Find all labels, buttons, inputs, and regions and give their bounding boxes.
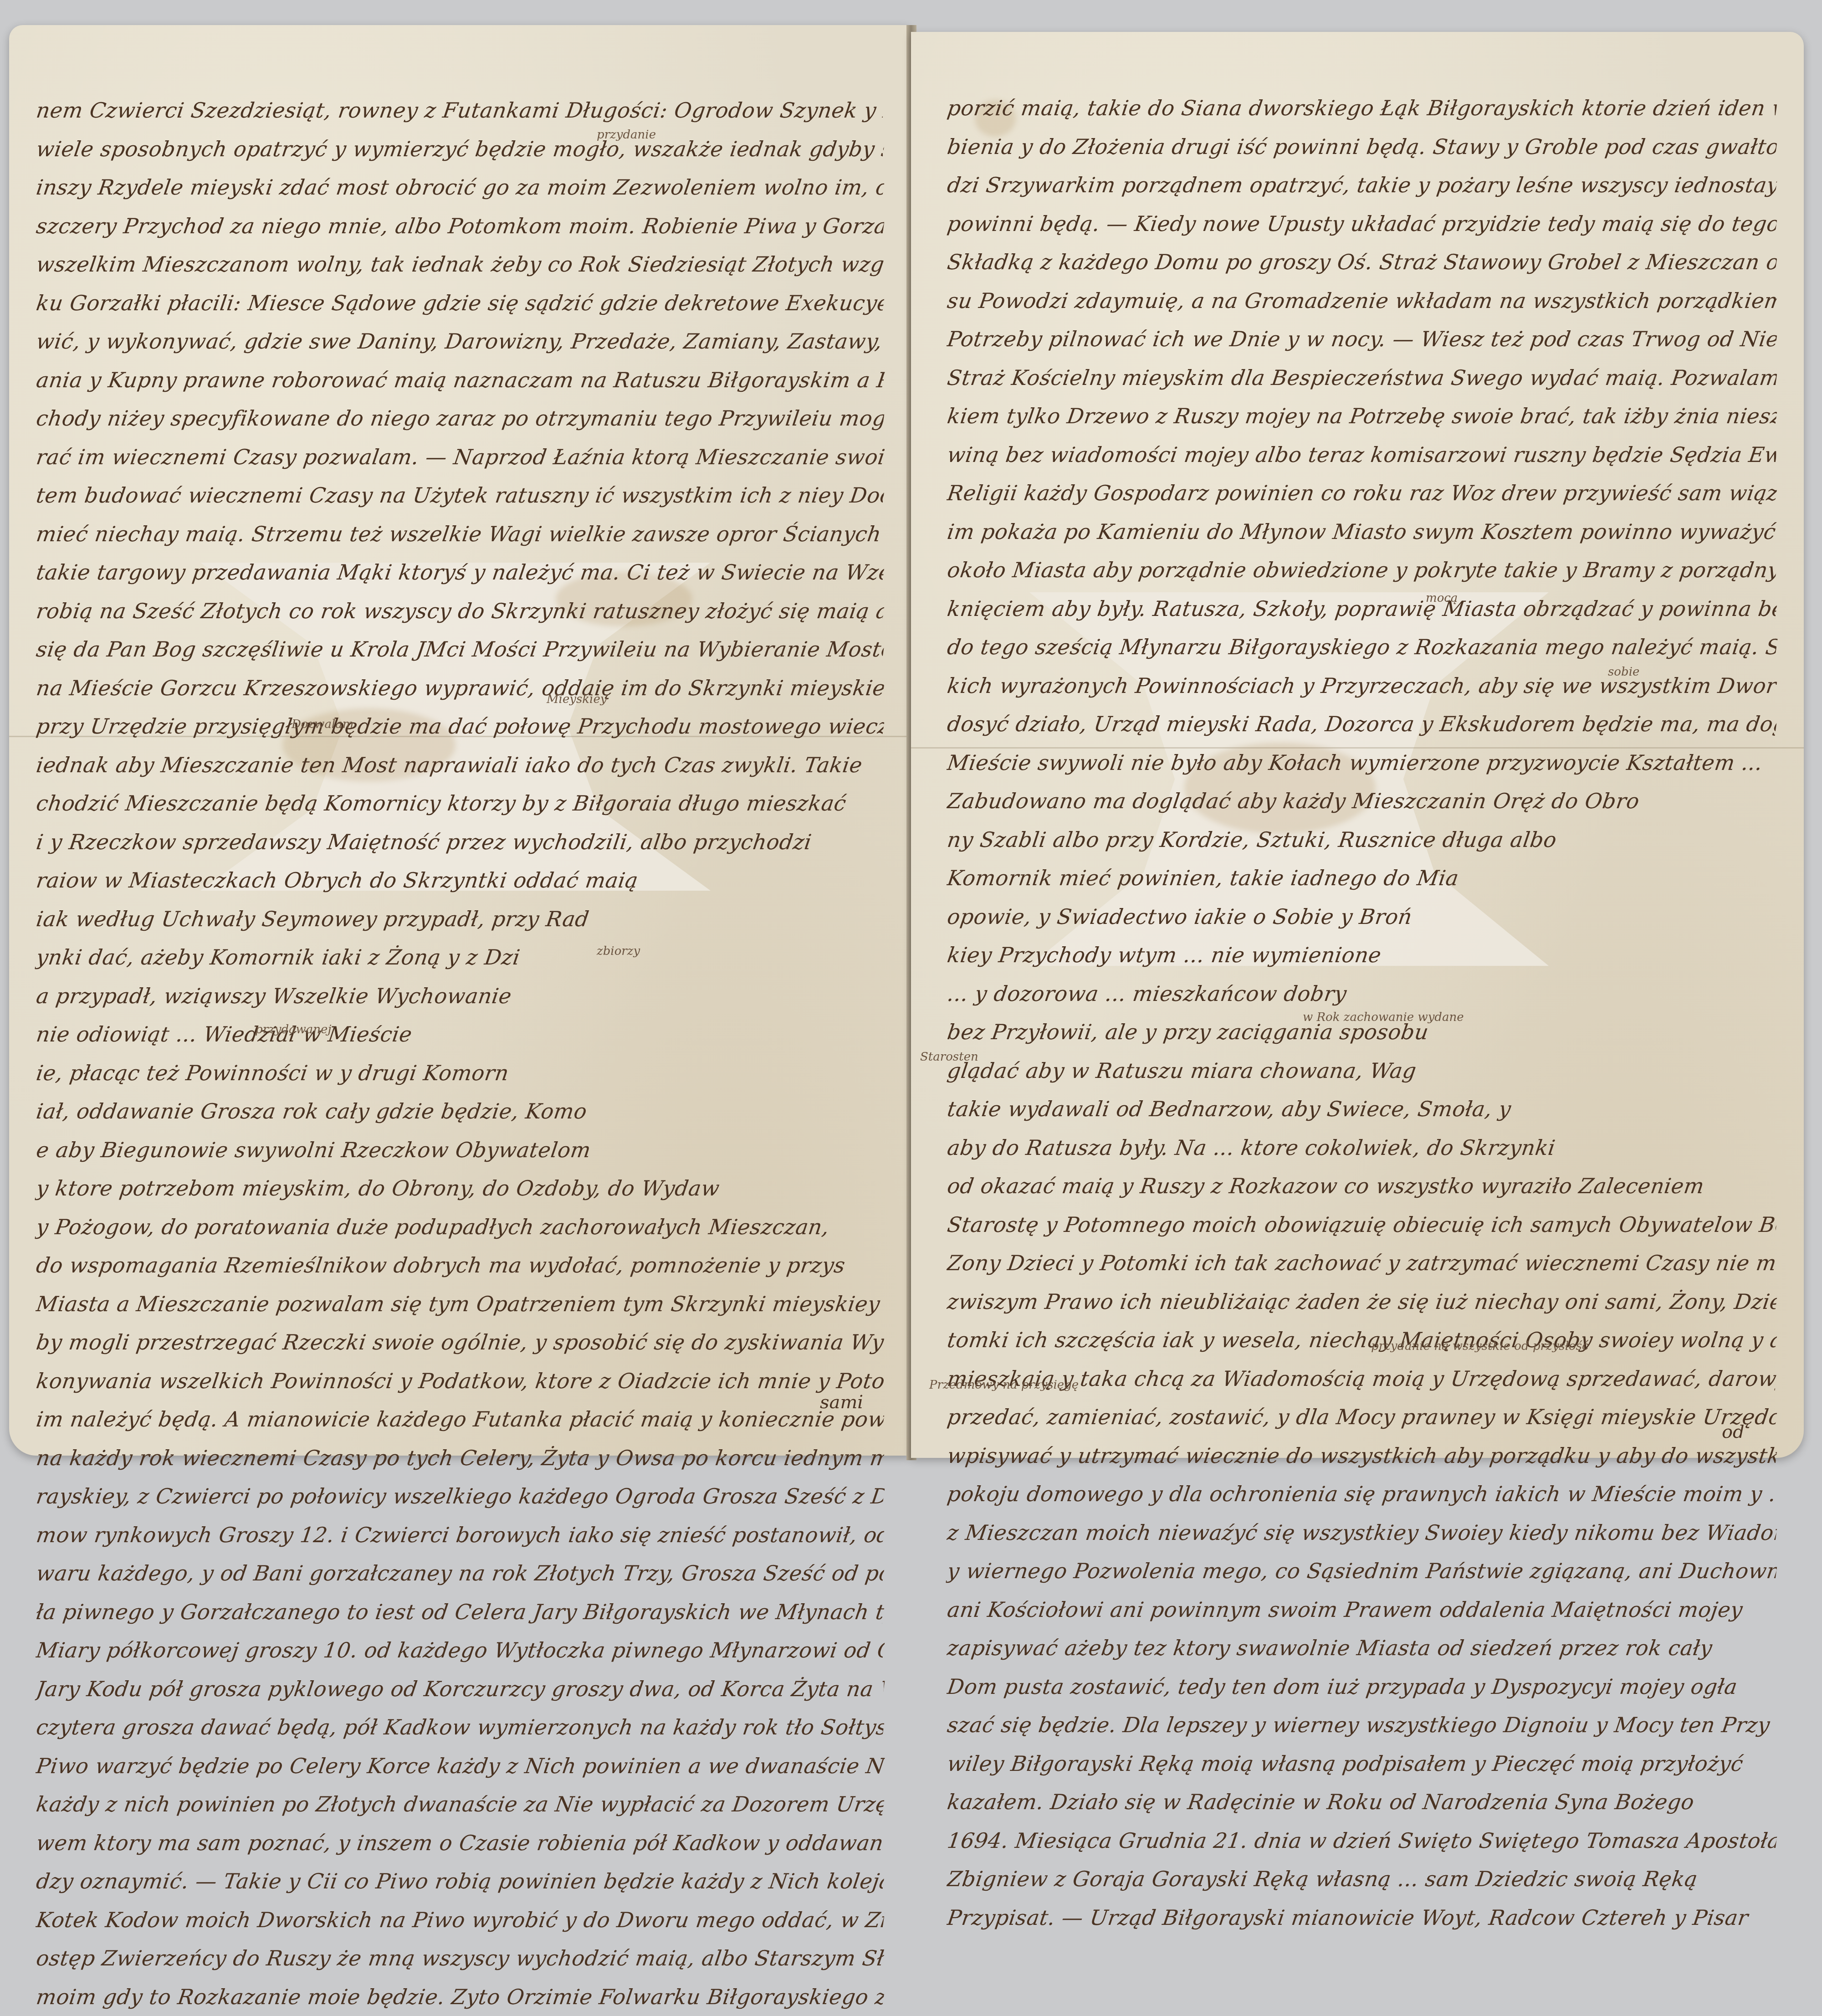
manuscript-line: aby do Ratusza były. Na ... ktore cokolw…: [945, 1129, 1779, 1167]
manuscript-line: glądać aby w Ratuszu miara chowana, Wag: [945, 1052, 1779, 1090]
manuscript-line: ynki dać, ażeby Komornik iaki z Żoną y z…: [34, 938, 886, 977]
catchword: od: [1722, 1421, 1745, 1442]
manuscript-line: ania y Kupny prawne roborować maią nazna…: [34, 361, 886, 400]
manuscript-line: porzić maią, takie do Siana dworskiego Ł…: [945, 89, 1779, 128]
manuscript-line: szczery Przychod za niego mnie, albo Pot…: [34, 207, 886, 246]
marginal-note: w Rok zachowanie wydane: [1303, 1011, 1464, 1024]
manuscript-line: inszy Rzydele mieyski zdać most obrocić …: [34, 168, 886, 207]
manuscript-line: ... y dozorowa ... mieszkańcow dobry: [945, 975, 1779, 1013]
manuscript-line: wpisywać y utrzymać wiecznie do wszystki…: [945, 1436, 1779, 1475]
manuscript-line: winą bez wiadomości mojey albo teraz kom…: [945, 436, 1779, 474]
manuscript-line: Potrzeby pilnować ich we Dnie y w nocy. …: [945, 320, 1779, 359]
manuscript-line: przedać, zamieniać, zostawić, y dla Mocy…: [945, 1398, 1779, 1436]
manuscript-line: by mogli przestrzegać Rzeczki swoie ogól…: [34, 1323, 886, 1362]
manuscript-line: konywania wszelkich Powinności y Podatko…: [34, 1362, 886, 1400]
manuscript-line: a przypadł, wziąwszy Wszelkie Wychowanie: [34, 977, 886, 1016]
manuscript-line: powinni będą. — Kiedy nowe Upusty układa…: [945, 205, 1779, 243]
marginal-note: Starosten: [920, 1050, 978, 1064]
manuscript-spread: nem Czwierci Szezdziesiąt, rowney z Futa…: [0, 0, 1822, 1492]
manuscript-line: do tego sześcią Młynarzu Biłgorayskiego …: [945, 628, 1779, 667]
manuscript-line: rayskiey, z Czwierci po połowicy wszelki…: [34, 1477, 886, 1492]
manuscript-line: Miasta a Mieszczanie pozwalam się tym Op…: [34, 1285, 886, 1323]
manuscript-line: ie, płacąc też Powinności w y drugi Komo…: [34, 1054, 886, 1093]
right-page: porzić maią, takie do Siana dworskiego Ł…: [911, 32, 1804, 1458]
manuscript-line: na każdy rok wiecznemi Czasy po tych Cel…: [34, 1439, 886, 1477]
marginal-note: przydanie: [597, 128, 656, 142]
manuscript-line: y ktore potrzebom mieyskim, do Obrony, d…: [34, 1169, 886, 1208]
manuscript-line: do wspomagania Rzemieślnikow dobrych ma …: [34, 1246, 886, 1285]
manuscript-line: nem Czwierci Szezdziesiąt, rowney z Futa…: [34, 91, 886, 130]
manuscript-line: im pokaża po Kamieniu do Młynow Miasto s…: [945, 513, 1779, 551]
manuscript-line: chodzić Mieszczanie będą Komornicy ktorz…: [34, 784, 886, 823]
manuscript-line: kiem tylko Drzewo z Ruszy mojey na Potrz…: [945, 397, 1779, 436]
manuscript-line: Mieście swywoli nie było aby Kołach wymi…: [945, 744, 1779, 782]
manuscript-line: raiow w Miasteczkach Obrych do Skrzyntki…: [34, 861, 886, 900]
manuscript-line: kiey Przychody wtym ... nie wymienione: [945, 936, 1779, 975]
left-page-text: nem Czwierci Szezdziesiąt, rowney z Futa…: [36, 91, 884, 1492]
manuscript-line: knięciem aby były. Ratusza, Szkoły, popr…: [945, 590, 1779, 628]
manuscript-line: wić, y wykonywać, gdzie swe Daniny, Daro…: [34, 322, 886, 361]
manuscript-line: iał, oddawanie Grosza rok cały gdzie będ…: [34, 1092, 886, 1131]
manuscript-line: przy Urzędzie przysięgłym będzie ma dać …: [34, 707, 886, 746]
manuscript-line: kich wyrażonych Powinnościach y Przyrzec…: [945, 667, 1779, 705]
manuscript-line: Zabudowano ma doglądać aby każdy Mieszcz…: [945, 782, 1779, 821]
manuscript-line: Zony Dzieci y Potomki ich tak zachować y…: [945, 1244, 1779, 1282]
manuscript-line: Komornik mieć powinien, takie iadnego do…: [945, 859, 1779, 898]
manuscript-line: się da Pan Bog szczęśliwie u Krola JMci …: [34, 630, 886, 669]
manuscript-line: wiele sposobnych opatrzyć y wymierzyć bę…: [34, 130, 886, 169]
manuscript-line: mieć niechay maią. Strzemu też wszelkie …: [34, 515, 886, 554]
manuscript-line: pokoju domowego y dla ochronienia się pr…: [945, 1475, 1779, 1492]
manuscript-line: im należyć będą. A mianowicie każdego Fu…: [34, 1400, 886, 1439]
marginal-note: przydawanej: [255, 1023, 332, 1036]
manuscript-line: takie wydawali od Bednarzow, aby Swiece,…: [945, 1090, 1779, 1129]
manuscript-line: chody niżey specyfikowane do niego zaraz…: [34, 399, 886, 438]
manuscript-line: zwiszym Prawo ich nieubliżaiąc żaden że …: [945, 1282, 1779, 1321]
manuscript-line: iak według Uchwały Seymowey przypadł, pr…: [34, 900, 886, 939]
marginal-note: Mieyskiey: [547, 693, 607, 706]
manuscript-line: od okazać maią y Ruszy z Rozkazow co wsz…: [945, 1167, 1779, 1205]
left-page: nem Czwierci Szezdziesiąt, rowney z Futa…: [9, 25, 909, 1456]
manuscript-line: około Miasta aby porządnie obwiedzione y…: [945, 551, 1779, 590]
manuscript-line: i y Rzeczkow sprzedawszy Maiętność przez…: [34, 823, 886, 862]
manuscript-line: Straż Kościelny mieyskim dla Bespieczeńs…: [945, 359, 1779, 397]
manuscript-line: Starostę y Potomnego moich obowiązuię ob…: [945, 1205, 1779, 1244]
manuscript-line: tomki ich szczęścia iak y wesela, niecha…: [945, 1321, 1779, 1359]
manuscript-line: rać im wiecznemi Czasy pozwalam. — Naprz…: [34, 438, 886, 477]
manuscript-line: dzi Srzywarkim porządnem opatrzyć, takie…: [945, 166, 1779, 205]
marginal-note: przydanie na wszystkie od przysłość: [1371, 1339, 1589, 1353]
marginal-note: Dozwalam: [292, 718, 353, 731]
manuscript-line: nie odiowiąt ... Wiedział w Mieście: [34, 1015, 886, 1054]
right-page-text: porzić maią, takie do Siana dworskiego Ł…: [947, 89, 1776, 1492]
manuscript-line: iednak aby Mieszczanie ten Most naprawia…: [34, 746, 886, 785]
manuscript-line: Religii każdy Gospodarz powinien co roku…: [945, 474, 1779, 513]
manuscript-line: takie targowy przedawania Mąki ktoryś y …: [34, 553, 886, 592]
manuscript-line: robią na Sześć Złotych co rok wszyscy do…: [34, 592, 886, 631]
manuscript-line: y Pożogow, do poratowania duże podupadły…: [34, 1208, 886, 1247]
manuscript-line: opowie, y Swiadectwo iakie o Sobie y Bro…: [945, 898, 1779, 936]
manuscript-line: dosyć działo, Urząd mieyski Rada, Dozorc…: [945, 705, 1779, 744]
manuscript-line: wszelkim Mieszczanom wolny, tak iednak ż…: [34, 245, 886, 284]
catchword: sami: [820, 1392, 863, 1413]
marginal-note: sobie: [1608, 665, 1639, 679]
manuscript-line: e aby Biegunowie swywolni Rzeczkow Obywa…: [34, 1131, 886, 1170]
manuscript-line: ny Szabli albo przy Kordzie, Sztuki, Rus…: [945, 821, 1779, 859]
marginal-note: Przedmowy na przysięgę: [929, 1378, 1079, 1392]
manuscript-line: Składką z każdego Domu po groszy Oś. Str…: [945, 243, 1779, 282]
manuscript-line: bienia y do Złożenia drugi iść powinni b…: [945, 128, 1779, 166]
marginal-note: mocą: [1426, 591, 1458, 605]
manuscript-line: su Powodzi zdaymuię, a na Gromadzenie wk…: [945, 282, 1779, 320]
manuscript-line: tem budować wiecznemi Czasy na Użytek ra…: [34, 476, 886, 515]
marginal-note: zbiorzy: [597, 944, 640, 958]
manuscript-line: ku Gorzałki płacili: Miesce Sądowe gdzie…: [34, 284, 886, 323]
manuscript-line: na Mieście Gorzcu Krzeszowskiego wyprawi…: [34, 669, 886, 708]
